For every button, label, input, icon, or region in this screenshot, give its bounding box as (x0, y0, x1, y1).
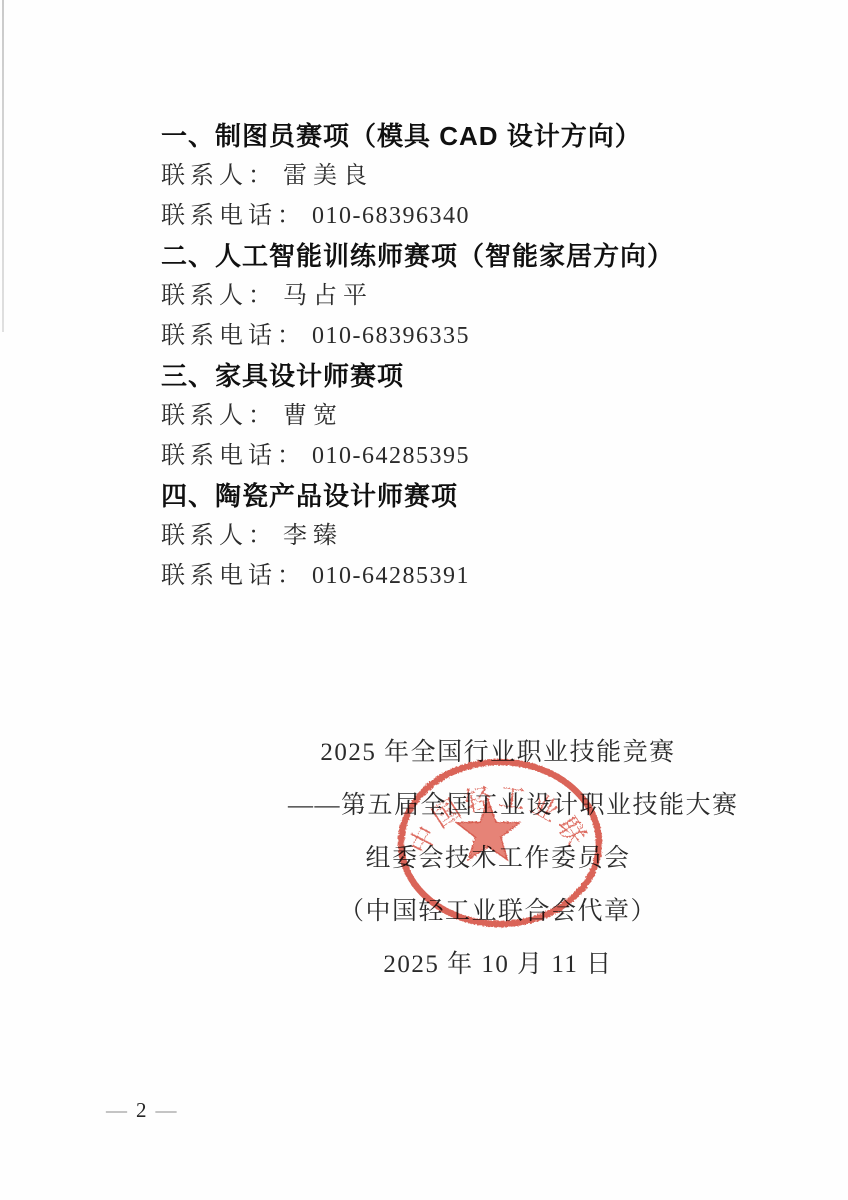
section-3-contact-line: 联系人：曹宽 (161, 396, 721, 436)
phone-number: 010-68396335 (312, 323, 470, 349)
phone-label: 联系电话： (161, 323, 306, 349)
signature-line-4: （中国轻工业联合会代章） (288, 885, 708, 938)
section-3-heading: 三、家具设计师赛项 (161, 356, 721, 396)
section-4-heading: 四、陶瓷产品设计师赛项 (161, 476, 721, 516)
page-number-dash-left: — (106, 1098, 127, 1123)
signature-line-2: ——第五届全国工业设计职业技能大赛 (288, 779, 708, 832)
section-1-contact-line: 联系人：雷美良 (161, 156, 721, 196)
phone-label: 联系电话： (161, 203, 306, 229)
signature-line-1: 2025 年全国行业职业技能竞赛 (288, 726, 708, 779)
contact-label: 联系人： (161, 163, 277, 189)
contact-label: 联系人： (161, 283, 277, 309)
contact-name: 曹宽 (283, 403, 343, 429)
page-number-value: 2 (136, 1098, 147, 1123)
contact-label: 联系人： (161, 403, 277, 429)
contact-label: 联系人： (161, 523, 277, 549)
section-4-phone-line: 联系电话：010-64285391 (161, 556, 721, 596)
section-2-phone-line: 联系电话：010-68396335 (161, 316, 721, 356)
section-2-contact-line: 联系人：马占平 (161, 276, 721, 316)
section-1-phone-line: 联系电话：010-68396340 (161, 196, 721, 236)
signature-block: 2025 年全国行业职业技能竞赛 ——第五届全国工业设计职业技能大赛 组委会技术… (288, 726, 708, 991)
scan-edge-artifact (2, 0, 4, 332)
document-page: 一、制图员赛项（模具 CAD 设计方向） 联系人：雷美良 联系电话：010-68… (0, 0, 848, 1200)
phone-label: 联系电话： (161, 563, 306, 589)
phone-number: 010-68396340 (312, 203, 470, 229)
section-3-phone-line: 联系电话：010-64285395 (161, 436, 721, 476)
section-1-heading: 一、制图员赛项（模具 CAD 设计方向） (161, 116, 721, 156)
contact-list: 一、制图员赛项（模具 CAD 设计方向） 联系人：雷美良 联系电话：010-68… (161, 116, 721, 596)
page-number: — 2 — (106, 1098, 177, 1123)
section-2-heading: 二、人工智能训练师赛项（智能家居方向） (161, 236, 721, 276)
phone-label: 联系电话： (161, 443, 306, 469)
contact-name: 李臻 (283, 523, 343, 549)
page-number-dash-right: — (156, 1098, 177, 1123)
contact-name: 马占平 (283, 283, 373, 309)
signature-line-5: 2025 年 10 月 11 日 (288, 938, 708, 991)
contact-name: 雷美良 (283, 163, 373, 189)
phone-number: 010-64285395 (312, 443, 470, 469)
signature-line-3: 组委会技术工作委员会 (288, 832, 708, 885)
section-4-contact-line: 联系人：李臻 (161, 516, 721, 556)
phone-number: 010-64285391 (312, 563, 470, 589)
